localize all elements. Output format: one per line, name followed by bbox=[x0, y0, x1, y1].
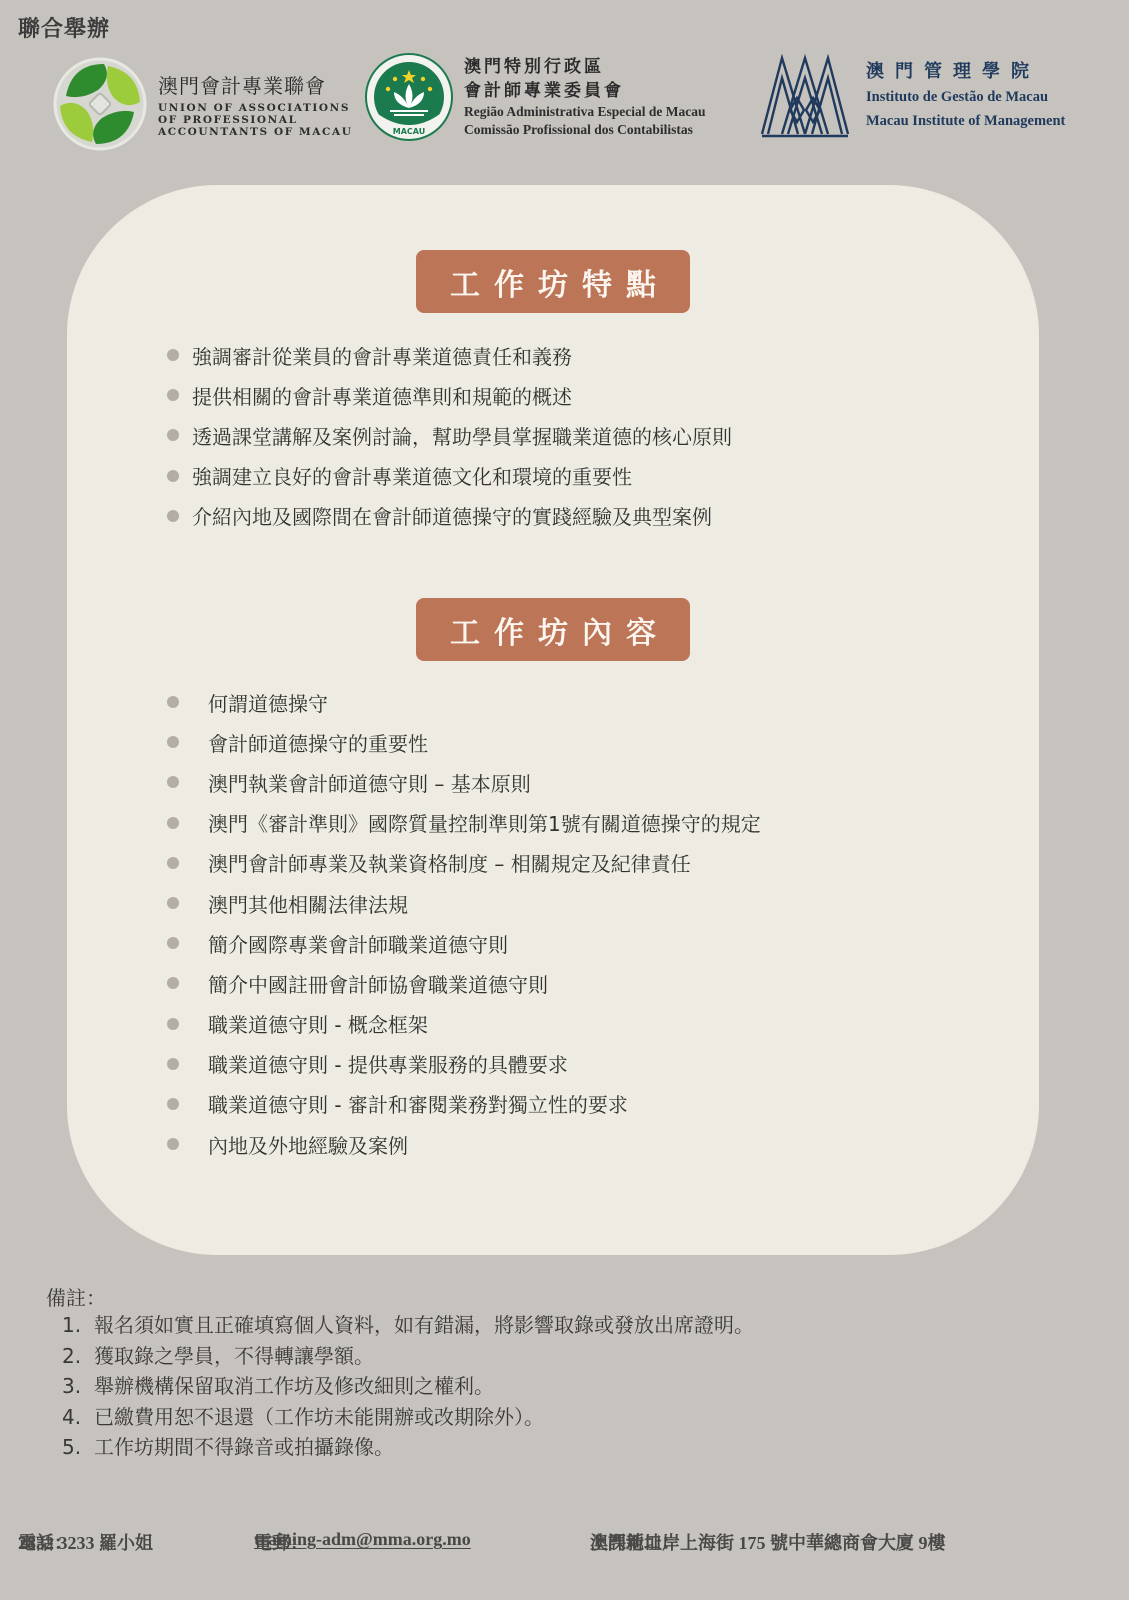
bullet-dot-icon bbox=[167, 776, 179, 788]
bullet-dot-icon bbox=[167, 736, 179, 748]
organizer-mim: 澳門管理學院 Instituto de Gestão de Macau Maca… bbox=[760, 54, 1065, 138]
bullet-dot-icon bbox=[167, 897, 179, 909]
cpc-name-zh-1: 澳門特別行政區 bbox=[464, 55, 706, 79]
mim-name-en: Macau Institute of Management bbox=[866, 109, 1065, 133]
list-item: 何謂道德操守 bbox=[167, 682, 761, 722]
email-contact: 電郵：training-adm@mma.org.mo bbox=[254, 1529, 471, 1550]
list-item: 內地及外地經驗及案例 bbox=[167, 1124, 761, 1164]
svg-text:MACAU: MACAU bbox=[393, 127, 425, 136]
contact-footer: 電話：2832 3233 羅小姐 電郵：training-adm@mma.org… bbox=[18, 1529, 1129, 1559]
note-item: 1.報名須如實且正確填寫個人資料，如有錯漏，將影響取錄或發放出席證明。 bbox=[62, 1310, 754, 1341]
mim-logo-icon bbox=[760, 54, 850, 138]
list-item: 職業道德守則 - 提供專業服務的具體要求 bbox=[167, 1044, 761, 1084]
list-item: 介紹內地及國際間在會計師道德操守的實踐經驗及典型案例 bbox=[167, 496, 732, 536]
list-item: 會計師道德操守的重要性 bbox=[167, 722, 761, 762]
note-item: 5.工作坊期間不得錄音或拍攝錄像。 bbox=[62, 1432, 754, 1463]
bullet-dot-icon bbox=[167, 510, 179, 522]
list-item: 職業道德守則 - 概念框架 bbox=[167, 1004, 761, 1044]
bullet-dot-icon bbox=[167, 349, 179, 361]
bullet-dot-icon bbox=[167, 1098, 179, 1110]
note-item: 4.已繳費用恕不退還（工作坊未能開辦或改期除外）。 bbox=[62, 1402, 754, 1433]
bullet-dot-icon bbox=[167, 937, 179, 949]
list-item: 透過課堂講解及案例討論，幫助學員掌握職業道德的核心原則 bbox=[167, 415, 732, 455]
bullet-dot-icon bbox=[167, 470, 179, 482]
organizer-uapam: 澳門會計專業聯會 UNION OF ASSOCIATIONS OF PROFES… bbox=[52, 56, 352, 152]
bullet-dot-icon bbox=[167, 1018, 179, 1030]
list-item: 簡介中國註冊會計師協會職業道德守則 bbox=[167, 963, 761, 1003]
uapam-logo-icon bbox=[52, 56, 148, 152]
notes-list: 1.報名須如實且正確填寫個人資料，如有錯漏，將影響取錄或發放出席證明。 2.獲取… bbox=[62, 1310, 754, 1463]
uapam-name-en-3: ACCOUNTANTS OF MACAU bbox=[158, 126, 352, 138]
list-item: 澳門其他相關法律法規 bbox=[167, 883, 761, 923]
organizer-cpc: MACAU 澳門特別行政區 會計師專業委員會 Região Administra… bbox=[364, 52, 706, 142]
mim-name-zh: 澳門管理學院 bbox=[866, 59, 1065, 85]
bullet-dot-icon bbox=[167, 1058, 179, 1070]
list-item: 澳門執業會計師道德守則 – 基本原則 bbox=[167, 762, 761, 802]
cpc-name-pt-2: Comissão Profissional dos Contabilistas bbox=[464, 121, 706, 139]
bullet-dot-icon bbox=[167, 977, 179, 989]
uapam-name-zh: 澳門會計專業聯會 bbox=[158, 70, 352, 99]
cpc-name-pt-1: Região Administrativa Especial de Macau bbox=[464, 103, 706, 121]
bullet-dot-icon bbox=[167, 696, 179, 708]
bullet-dot-icon bbox=[167, 429, 179, 441]
content-list: 何謂道德操守 會計師道德操守的重要性 澳門執業會計師道德守則 – 基本原則 澳門… bbox=[167, 682, 761, 1164]
note-item: 2.獲取錄之學員，不得轉讓學額。 bbox=[62, 1341, 754, 1372]
notes-title: 備註： bbox=[46, 1282, 106, 1311]
bullet-dot-icon bbox=[167, 857, 179, 869]
features-heading: 工作坊特點 bbox=[416, 250, 690, 313]
content-heading: 工作坊內容 bbox=[416, 598, 690, 661]
list-item: 強調建立良好的會計專業道德文化和環境的重要性 bbox=[167, 456, 732, 496]
co-host-label: 聯合舉辦 bbox=[18, 12, 110, 43]
features-list: 強調審計從業員的會計專業道德責任和義務 提供相關的會計專業道德準則和規範的概述 … bbox=[167, 335, 732, 536]
list-item: 澳門《審計準則》國際質量控制準則第1號有關道德操守的規定 bbox=[167, 803, 761, 843]
mim-name-pt: Instituto de Gestão de Macau bbox=[866, 85, 1065, 109]
list-item: 職業道德守則 - 審計和審閱業務對獨立性的要求 bbox=[167, 1084, 761, 1124]
note-item: 3.舉辦機構保留取消工作坊及修改細則之權利。 bbox=[62, 1371, 754, 1402]
list-item: 提供相關的會計專業道德準則和規範的概述 bbox=[167, 375, 732, 415]
list-item: 簡介國際專業會計師職業道德守則 bbox=[167, 923, 761, 963]
uapam-name-en-2: OF PROFESSIONAL bbox=[158, 114, 352, 126]
bullet-dot-icon bbox=[167, 389, 179, 401]
list-item: 強調審計從業員的會計專業道德責任和義務 bbox=[167, 335, 732, 375]
uapam-name-en-1: UNION OF ASSOCIATIONS bbox=[158, 102, 352, 114]
bullet-dot-icon bbox=[167, 1138, 179, 1150]
list-item: 澳門會計師專業及執業資格制度 – 相關規定及紀律責任 bbox=[167, 843, 761, 883]
cpc-name-zh-2: 會計師專業委員會 bbox=[464, 79, 706, 103]
macau-emblem-icon: MACAU bbox=[364, 52, 454, 142]
bullet-dot-icon bbox=[167, 817, 179, 829]
